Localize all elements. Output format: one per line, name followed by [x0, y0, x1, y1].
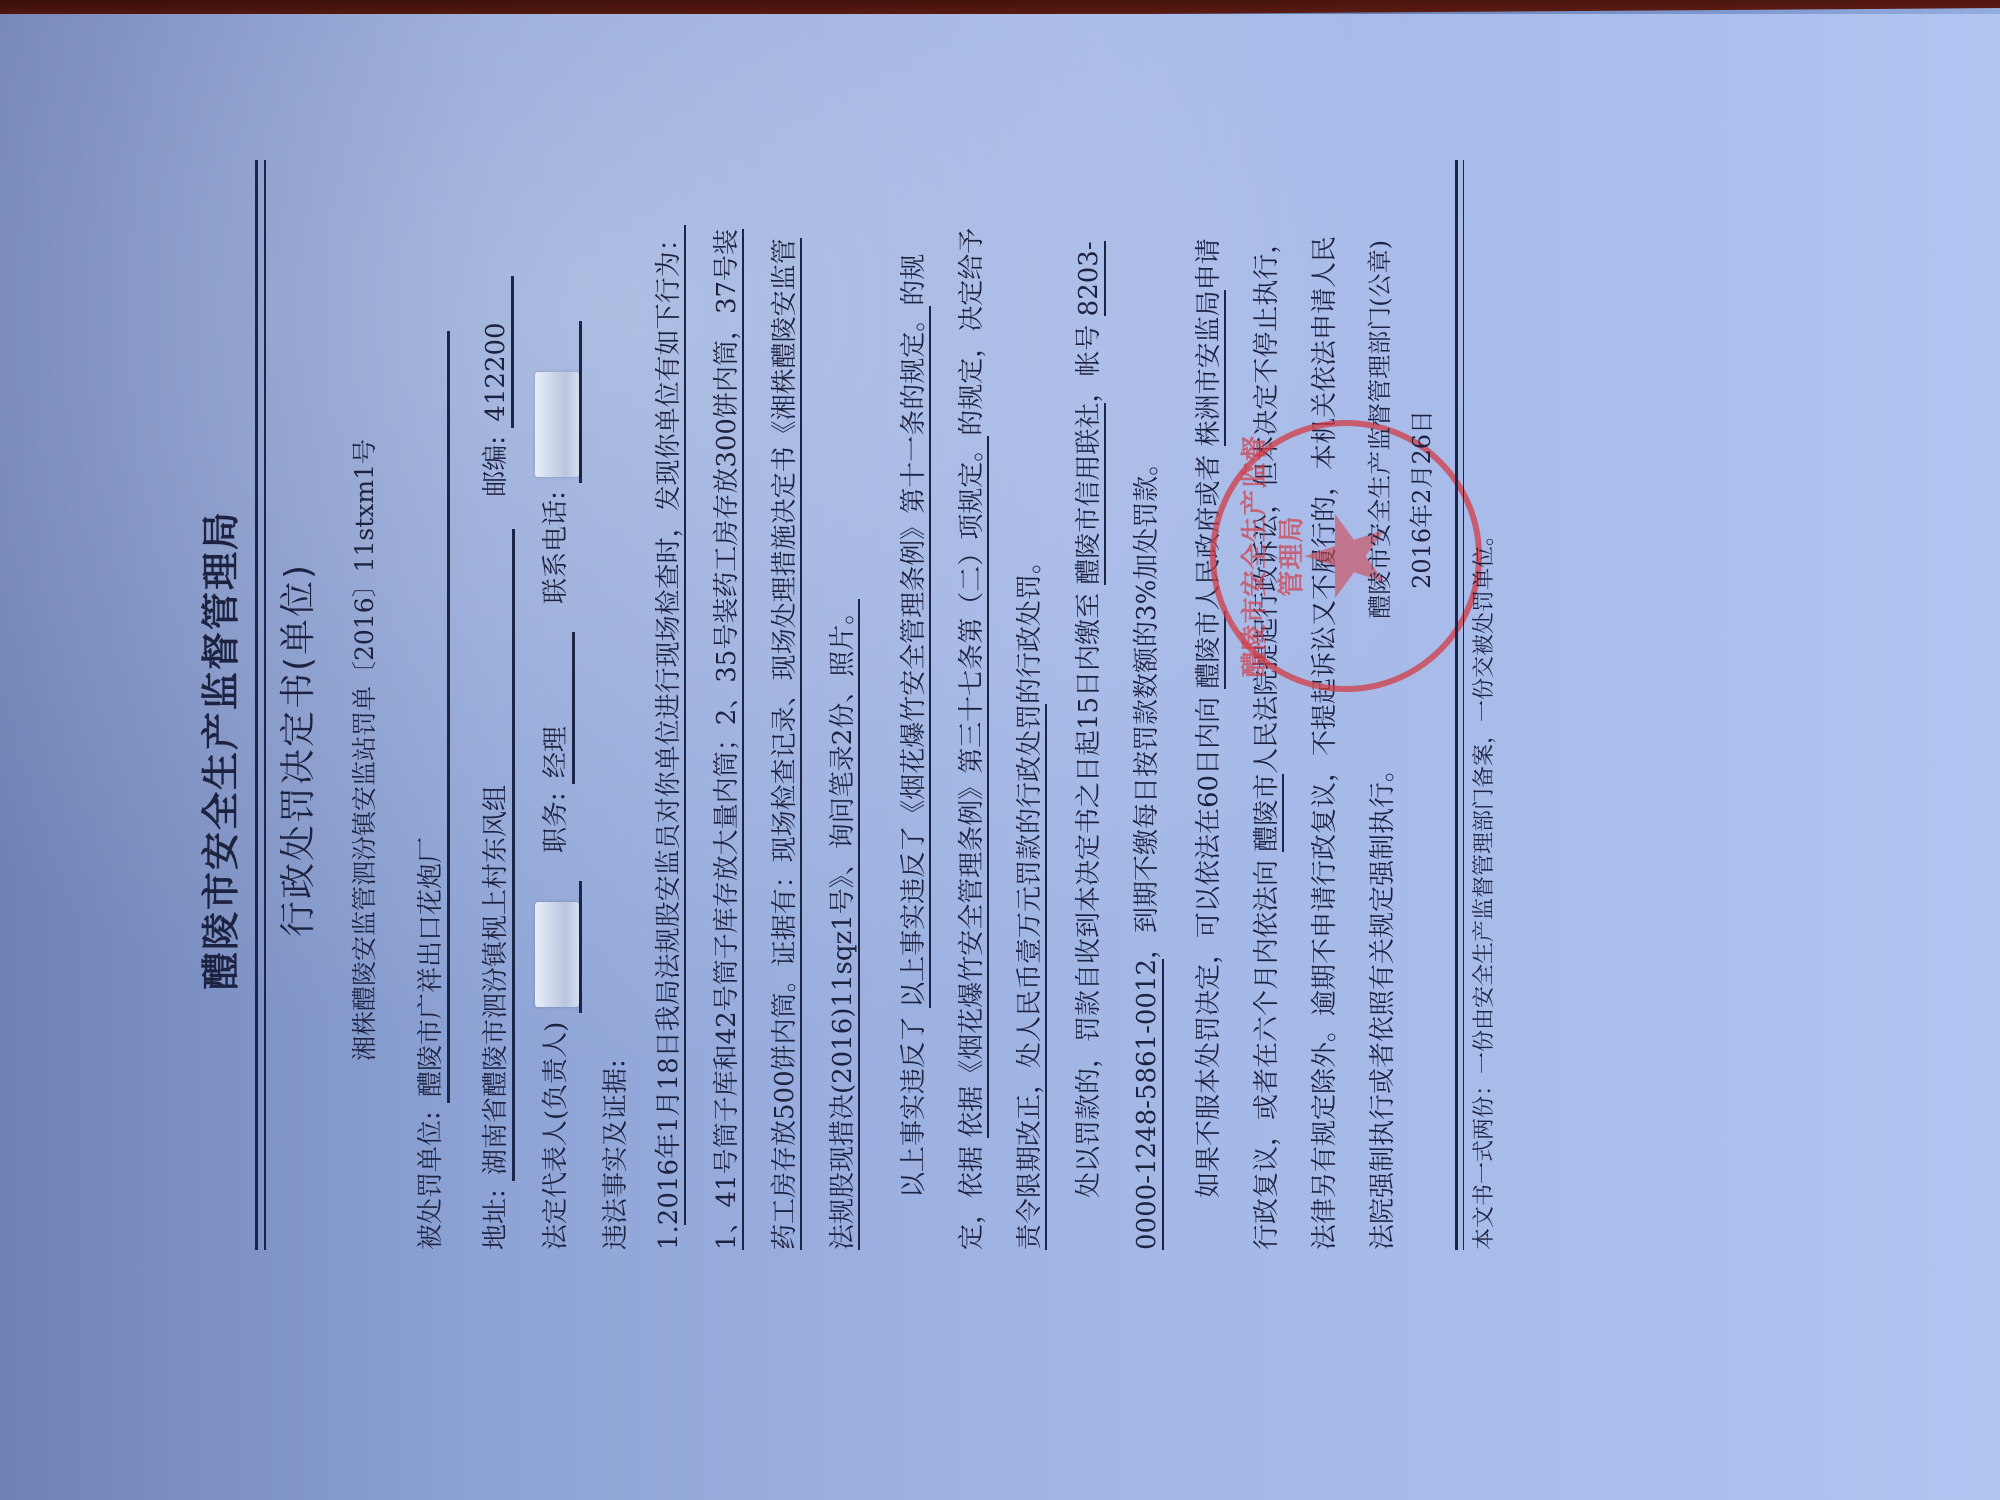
penalty-clause: 责令限期改正，处人民币壹万元罚款的行政处罚: [1015, 704, 1047, 1250]
unit-label: 被处罚单位:: [416, 1111, 446, 1250]
phone-label: 联系电话:: [541, 491, 571, 604]
footer-note: 本文书一式两份：一份由安全生产监督管理部门备案，一份交被处罚单位。: [1467, 524, 1498, 1250]
address-value: 湖南省醴陵市泗汾镇枧上村东风组: [475, 529, 515, 1181]
unit-value: 醴陵市广祥出口花炮厂: [410, 331, 450, 1103]
address-label: 地址:: [481, 1189, 511, 1250]
footer-divider: [1455, 160, 1464, 1250]
representative-label: 法定代表人(负责人): [541, 1022, 571, 1250]
penalty-decision-document: 醴陵市安全生产监督管理局 行政处罚决定书(单位) 湘株醴陵安监管泗汾镇安监站罚单…: [170, 160, 1990, 1340]
postcode-value: 412200: [481, 276, 514, 428]
appeal-agency: 株洲市安监局: [1194, 290, 1226, 446]
issue-date: 2016年2月26日: [1402, 410, 1437, 589]
representative-redaction: [535, 902, 579, 1007]
violation-clause: 以上事实违反了《烟花爆竹安全管理条例》第十一条的规定。: [899, 306, 931, 1008]
address-row: 地址: 湖南省醴陵市泗汾镇枧上村东风组 邮编: 412200: [475, 276, 515, 1250]
official-stamp: 醴陵市安全生产监督管理局 ★: [1210, 420, 1482, 692]
document-number: 湘株醴陵安监管泗汾镇安监站罚单〔2016〕11stxm1号: [345, 160, 381, 1340]
header-divider: [255, 160, 266, 1250]
appeal-government: 醴陵市: [1194, 611, 1226, 689]
facts-body: 2016年1月18日我局法规股安监员对你单位进行现场检查时，发现你单位有如下行为…: [654, 225, 860, 1250]
payment-bank: 醴陵市信用联社: [1074, 403, 1106, 585]
agency-title: 醴陵市安全生产监督管理局: [190, 160, 245, 1340]
issuer-signature: 醴陵市安全生产监督管理部门(公章): [1360, 240, 1395, 619]
payment-paragraph: 处以罚款的，罚款自收到本决定书之日起15日内缴至 醴陵市信用联社，帐号 8203…: [1060, 220, 1176, 1250]
phone-redaction: [535, 372, 579, 477]
position-value: 经理: [535, 632, 575, 784]
facts-heading: 违法事实及证据:: [595, 1059, 632, 1250]
representative-row: 法定代表人(负责人) 职务: 经理 联系电话:: [535, 321, 582, 1250]
facts-paragraph: 1.2016年1月18日我局法规股安监员对你单位进行现场检查时，发现你单位有如下…: [640, 220, 872, 1250]
penalized-unit-row: 被处罚单位: 醴陵市广祥出口花炮厂: [410, 331, 450, 1250]
basis-clause: 依据《烟花爆竹安全管理条例》第三十七条第（二）项规定。: [957, 436, 989, 1138]
position-label: 职务:: [541, 792, 571, 853]
document-title: 行政处罚决定书(单位): [270, 160, 321, 1340]
violation-paragraph: 以上事实违反了 以上事实违反了《烟花爆竹安全管理条例》第十一条的规定。的规定，依…: [885, 220, 1059, 1250]
appeal-court: 醴陵市: [1252, 774, 1284, 852]
postcode-label: 邮编:: [481, 436, 511, 497]
